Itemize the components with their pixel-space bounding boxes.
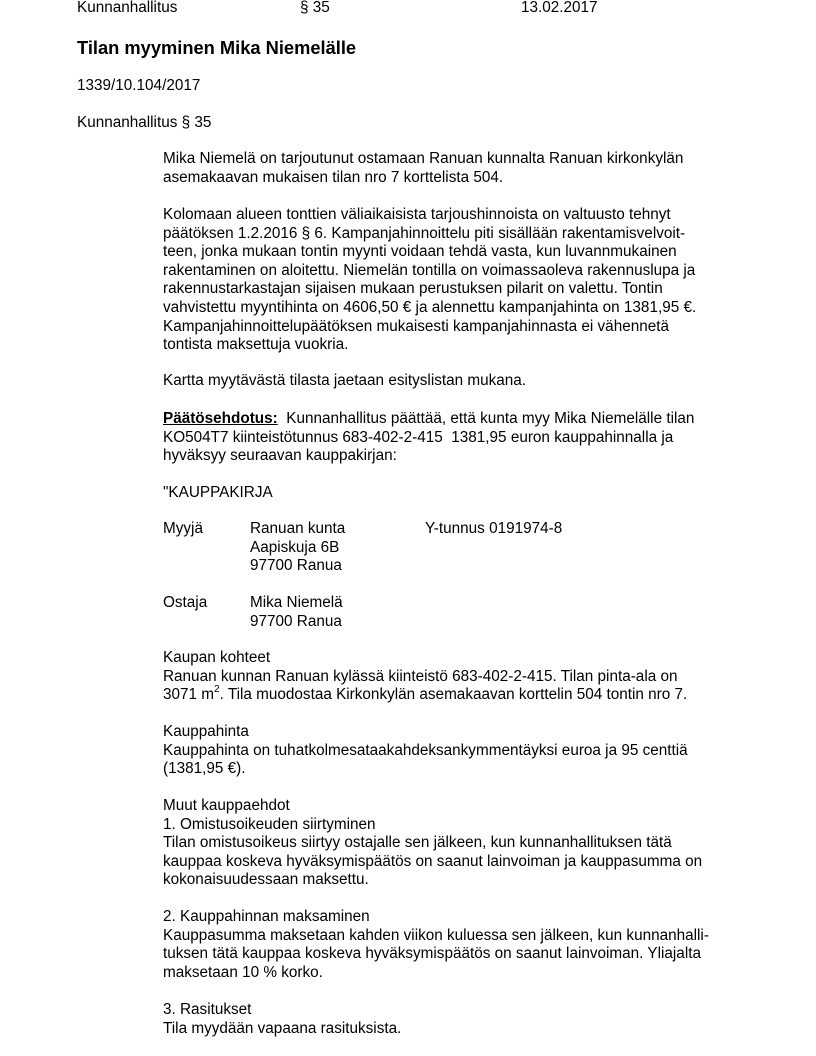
text-line: Kolomaan alueen tonttien väliaikaisista … (163, 206, 763, 225)
background-paragraph: Kolomaan alueen tonttien väliaikaisista … (163, 206, 763, 355)
page-title: Tilan myyminen Mika Niemelälle (77, 36, 356, 60)
seller-postal: 97700 Ranua (250, 557, 345, 576)
text-line: Mika Niemelä on tarjoutunut ostamaan Ran… (163, 150, 763, 169)
section-ref: Kunnanhallitus § 35 (77, 113, 211, 133)
term-encumbrances: 3. Rasitukset Tila myydään vapaana rasit… (163, 1001, 763, 1038)
text-line: hyväksyy seuraavan kauppakirjan: (163, 447, 763, 466)
text-line: Tila myydään vapaana rasituksista. (163, 1020, 763, 1039)
text-line: teen, jonka mukaan tontin myynti voidaan… (163, 243, 763, 262)
intro-paragraph: Mika Niemelä on tarjoutunut ostamaan Ran… (163, 150, 763, 187)
contract-heading: "KAUPPAKIRJA (163, 484, 763, 503)
seller-name: Ranuan kunta (250, 520, 345, 539)
text-line: Tilan omistusoikeus siirtyy ostajalle se… (163, 834, 763, 853)
seller-label: Myyjä (163, 520, 203, 539)
proposal-first-line: Kunnanhallitus päättää, että kunta myy M… (278, 410, 695, 427)
price-heading: Kauppahinta (163, 723, 763, 742)
text-line: tuksen tätä kauppaa koskeva hyväksymispä… (163, 945, 763, 964)
text-line: vahvistettu myyntihinta on 4606,50 € ja … (163, 299, 763, 318)
record-number: 1339/10.104/2017 (77, 76, 200, 96)
text-line: kauppaa koskeva hyväksymispäätös on saan… (163, 853, 763, 872)
subject-heading: Kaupan kohteet (163, 649, 763, 668)
buyer-postal: 97700 Ranua (250, 613, 343, 632)
buyer-label: Ostaja (163, 594, 207, 613)
seller-street: Aapiskuja 6B (250, 539, 345, 558)
map-note: Kartta myytävästä tilasta jaetaan esitys… (163, 372, 763, 391)
other-terms-heading: Muut kauppaehdot (163, 797, 763, 816)
area-value: 3071 m (163, 686, 214, 703)
text-line: Kampanjahinnoittelupäätöksen mukaisesti … (163, 318, 763, 337)
text-line: kokonaisuudessaan maksettu. (163, 871, 763, 890)
text-line: asemakaavan mukaisen tilan nro 7 korttel… (163, 169, 763, 188)
text-line: maksetaan 10 % korko. (163, 964, 763, 983)
text-line: KO504T7 kiinteistötunnus 683-402-2-415 1… (163, 429, 763, 448)
other-terms-section: Muut kauppaehdot 1. Omistusoikeuden siir… (163, 797, 763, 890)
text-line: Kauppahinta on tuhatkolmesataakahdeksank… (163, 742, 763, 761)
text-line: Kauppasumma maksetaan kahden viikon kulu… (163, 927, 763, 946)
text-line: tontista maksettuja vuokria. (163, 336, 763, 355)
seller-business-id: Y-tunnus 0191974-8 (425, 520, 562, 539)
area-exponent: 2 (214, 684, 220, 695)
buyer-name: Mika Niemelä (250, 594, 343, 613)
text-line: rakentaminen on aloitettu. Niemelän tont… (163, 262, 763, 281)
term-title: 3. Rasitukset (163, 1001, 763, 1020)
header-body-name: Kunnanhallitus (77, 0, 177, 18)
text-fragment: . Tila muodostaa Kirkonkylän asemakaavan… (220, 686, 688, 703)
price-section: Kauppahinta Kauppahinta on tuhatkolmesat… (163, 723, 763, 779)
term-payment: 2. Kauppahinnan maksaminen Kauppasumma m… (163, 908, 763, 982)
term-title: 1. Omistusoikeuden siirtyminen (163, 816, 763, 835)
decision-proposal: Päätösehdotus: Kunnanhallitus päättää, e… (163, 410, 763, 466)
text-line: 3071 m2. Tila muodostaa Kirkonkylän asem… (163, 686, 763, 705)
proposal-label: Päätösehdotus: (163, 410, 278, 427)
header-date: 13.02.2017 (521, 0, 598, 18)
text-line: (1381,95 €). (163, 760, 763, 779)
term-title: 2. Kauppahinnan maksaminen (163, 908, 763, 927)
text-line: rakennustarkastajan sijaisen mukaan peru… (163, 280, 763, 299)
contract-title: "KAUPPAKIRJA (163, 484, 763, 503)
seller-address: Ranuan kunta Aapiskuja 6B 97700 Ranua (250, 520, 345, 576)
subject-section: Kaupan kohteet Ranuan kunnan Ranuan kylä… (163, 649, 763, 705)
text-line: Ranuan kunnan Ranuan kylässä kiinteistö … (163, 668, 763, 687)
text-line: Kartta myytävästä tilasta jaetaan esitys… (163, 372, 763, 391)
text-line: päätöksen 1.2.2016 § 6. Kampanjahinnoitt… (163, 225, 763, 244)
buyer-address: Mika Niemelä 97700 Ranua (250, 594, 343, 631)
header-section: § 35 (300, 0, 330, 18)
